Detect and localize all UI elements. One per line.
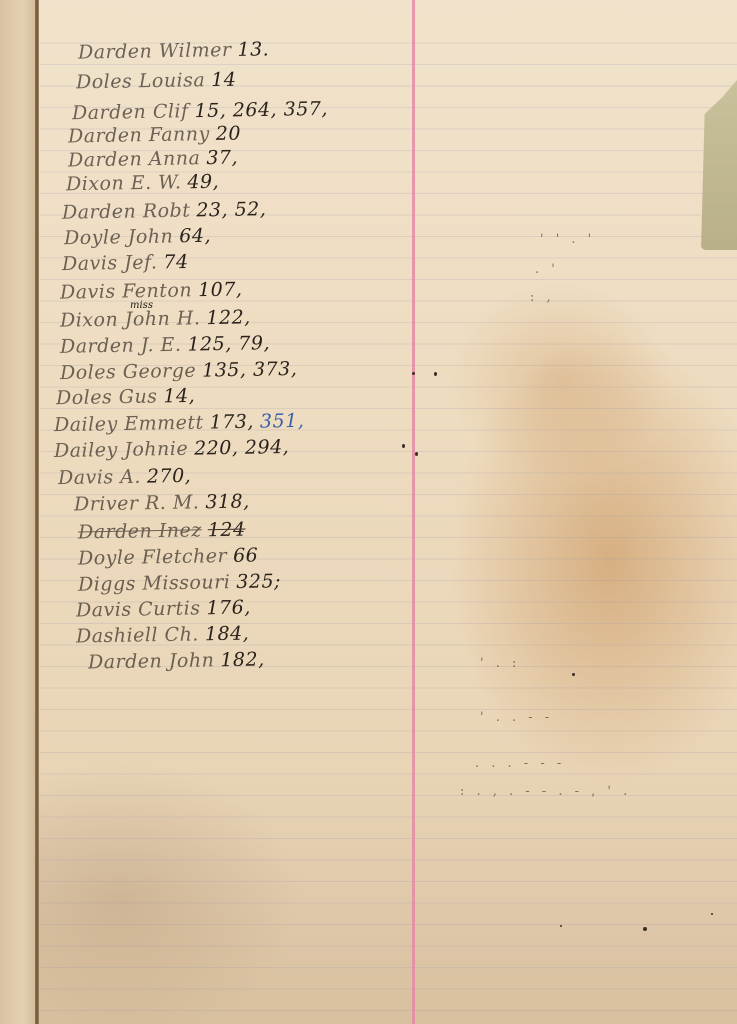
entry: Doyle Fletcher66 xyxy=(78,544,259,569)
entry: Darden Robt23, 52, xyxy=(62,198,267,224)
entry: Davis A.270, xyxy=(58,465,192,489)
entry: Dixon John H.122, xyxy=(60,306,251,331)
entry: Davis Curtis176, xyxy=(76,596,251,621)
entry: Dashiell Ch.184, xyxy=(76,622,250,647)
entry: Darden Anna37, xyxy=(68,147,238,172)
entry: Dailey Johnie220, 294, xyxy=(54,436,290,462)
entry: Doles George135, 373, xyxy=(60,358,298,384)
ledger-page: Darden Wilmer13. Doles Louisa14 Darden C… xyxy=(0,0,737,1024)
entry: Doles Louisa14 xyxy=(76,69,237,94)
entry: Darden Wilmer13. xyxy=(78,38,270,63)
entry: Davis Jef.74 xyxy=(62,251,189,275)
entry: Darden Fanny20 xyxy=(68,122,241,147)
entry: Driver R. M.318, xyxy=(74,490,250,515)
entry: Darden John182, xyxy=(88,648,265,673)
entry-struck: Darden Inez124 xyxy=(78,519,246,544)
entry: Diggs Missouri325; xyxy=(78,570,281,596)
entry: Dixon E. W.49, xyxy=(66,171,220,196)
entry: Doles Gus14, xyxy=(56,385,196,409)
entry: Dailey Emmett173,351, xyxy=(54,410,305,436)
entry: Darden Clif15, 264, 357, xyxy=(72,98,328,124)
entry: Darden J. E.125, 79, xyxy=(60,332,270,358)
entry-list: Darden Wilmer13. Doles Louisa14 Darden C… xyxy=(0,0,420,700)
entry: Doyle John64, xyxy=(64,225,211,250)
